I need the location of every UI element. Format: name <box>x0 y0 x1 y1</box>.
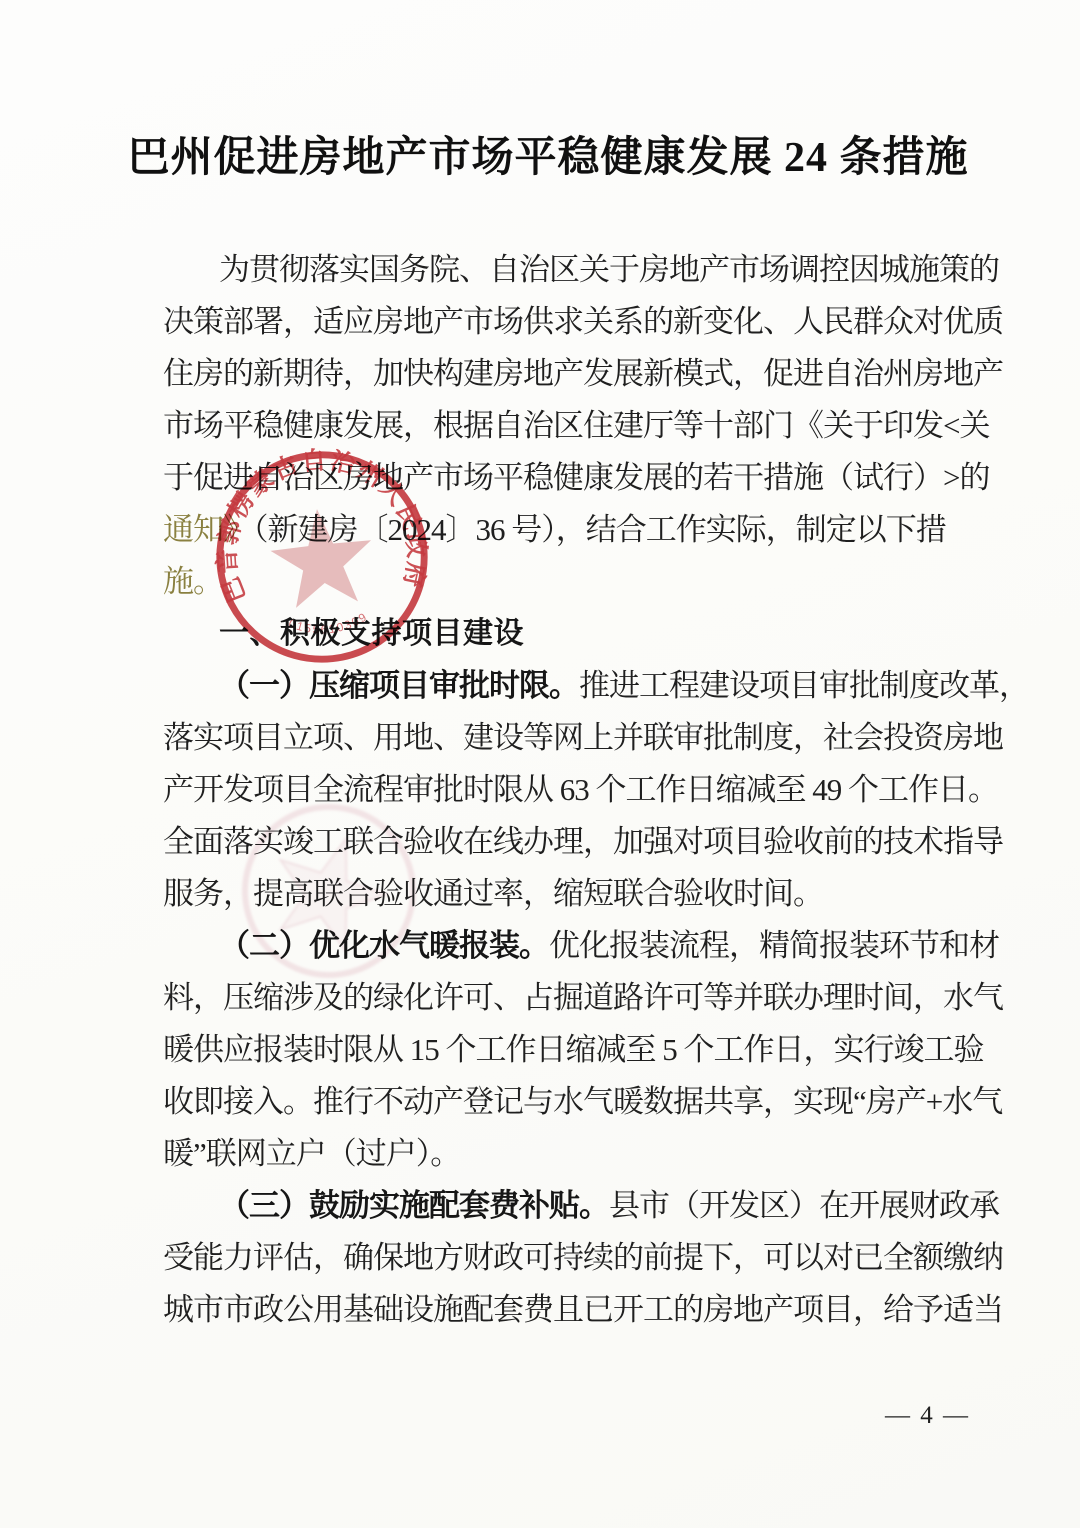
seal-ghost-graphic <box>236 798 422 984</box>
page-number: — 4 — <box>885 1402 970 1430</box>
text-line: 暖供应报装时限从 15 个工作日缩减至 5 个工作日，实行竣工验 <box>163 1024 975 1076</box>
text-line: 决策部署，适应房地产市场供求关系的新变化、人民群众对优质 <box>163 296 975 348</box>
text-line: 收即接入。推行不动产登记与水气暖数据共享，实现“房产+水气 <box>163 1076 975 1128</box>
text-segment: 住房的新期待，加快构建房地产发展新模式，促进自治州房地产 <box>163 356 1003 391</box>
text-segment: 为贯彻落实国务院、自治区关于房地产市场调控因城施策的 <box>219 252 999 287</box>
text-line: 受能力评估，确保地方财政可持续的前提下，可以对已全额缴纳 <box>163 1232 975 1284</box>
text-segment: 暖”联网立户（过户）。 <box>163 1136 460 1171</box>
text-segment: 料，压缩涉及的绿化许可、占掘道路许可等并联办理时间，水气 <box>163 980 1003 1015</box>
text-line: 城市市政公用基础设施配套费且已开工的房地产项目，给予适当 <box>163 1284 975 1336</box>
document-body: 为贯彻落实国务院、自治区关于房地产市场调控因城施策的决策部署，适应房地产市场供求… <box>163 244 975 1336</box>
seal-serial-number: 0155610309 <box>285 609 371 641</box>
seal-ghost-star <box>260 822 399 958</box>
text-segment: 受能力评估，确保地方财政可持续的前提下，可以对已全额缴纳 <box>163 1240 1003 1275</box>
text-segment: 决策部署，适应房地产市场供求关系的新变化、人民群众对优质 <box>163 304 1003 339</box>
document-title: 巴州促进房地产市场平稳健康发展 24 条措施 <box>0 124 1080 184</box>
text-line: 落实项目立项、用地、建设等网上并联审批制度，社会投资房地 <box>163 712 975 764</box>
text-segment: 市场平稳健康发展，根据自治区住建厅等十部门《关于印发<关 <box>163 408 989 443</box>
text-segment: 落实项目立项、用地、建设等网上并联审批制度，社会投资房地 <box>163 720 1003 755</box>
seal-star <box>267 504 377 610</box>
document-page: 巴州促进房地产市场平稳健康发展 24 条措施 为贯彻落实国务院、自治区关于房地产… <box>0 0 1080 1528</box>
text-segment: 暖供应报装时限从 15 个工作日缩减至 5 个工作日，实行竣工验 <box>163 1032 984 1067</box>
official-seal: 巴音郭楞蒙古自治州人民政府 0155610309 <box>209 444 435 670</box>
text-segment: （三）鼓励实施配套费补贴。 <box>219 1188 609 1223</box>
text-segment: （一）压缩项目审批时限。 <box>219 668 579 703</box>
official-seal-graphic: 巴音郭楞蒙古自治州人民政府 0155610309 <box>209 444 435 670</box>
text-segment: 收即接入。推行不动产登记与水气暖数据共享，实现“房产+水气 <box>163 1084 1002 1119</box>
svg-text:0155610309: 0155610309 <box>285 609 371 641</box>
text-line: 暖”联网立户（过户）。 <box>163 1128 975 1180</box>
text-segment: 推进工程建设项目审批制度改革， <box>579 668 1029 703</box>
text-line: 为贯彻落实国务院、自治区关于房地产市场调控因城施策的 <box>163 244 975 296</box>
text-line: 住房的新期待，加快构建房地产发展新模式，促进自治州房地产 <box>163 348 975 400</box>
text-line: （三）鼓励实施配套费补贴。县市（开发区）在开展财政承 <box>163 1180 975 1232</box>
text-segment: 县市（开发区）在开展财政承 <box>609 1188 999 1223</box>
seal-ghost-mark <box>236 798 422 984</box>
text-segment: 城市市政公用基础设施配套费且已开工的房地产项目，给予适当 <box>163 1292 1003 1327</box>
text-segment: 优化报装流程，精简报装环节和材 <box>549 928 999 963</box>
